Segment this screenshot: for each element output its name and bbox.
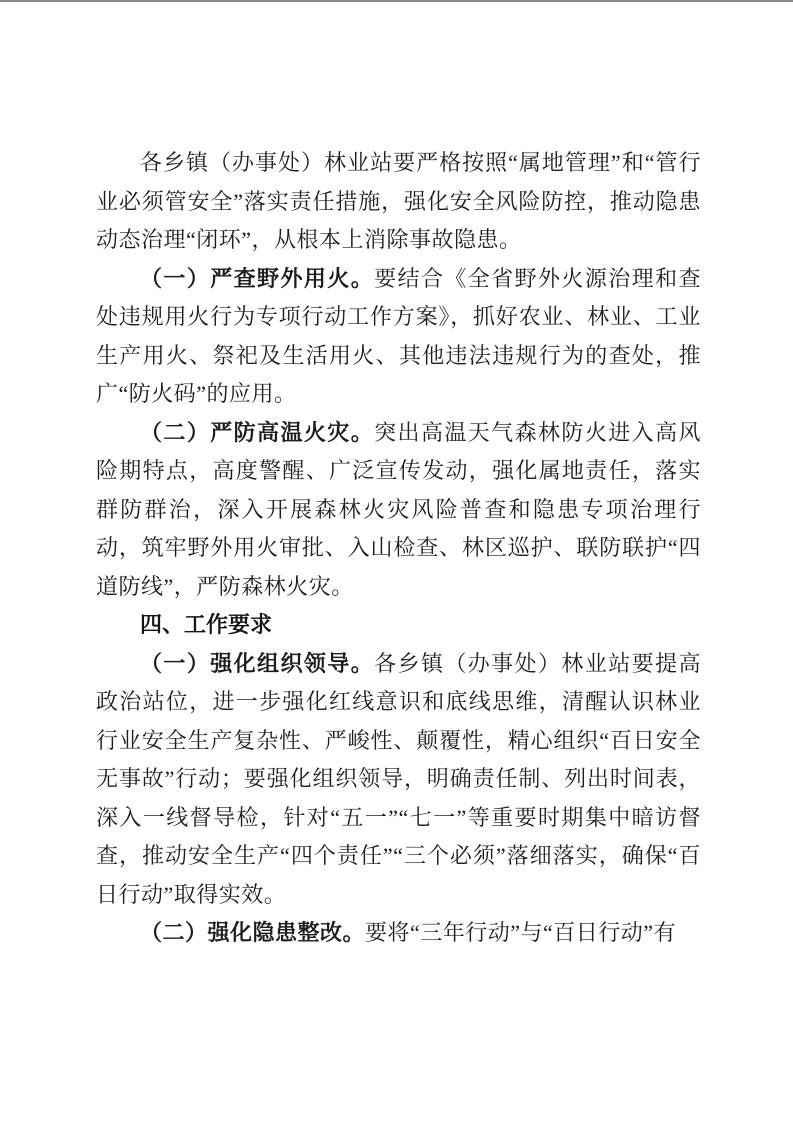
section-heading: 四、工作要求 <box>96 606 701 645</box>
paragraph-text: 各乡镇（办事处）林业站要严格按照“属地管理”和“管行业必须管安全”落实责任措施，… <box>96 150 701 252</box>
paragraph-intro: 各乡镇（办事处）林业站要严格按照“属地管理”和“管行业必须管安全”落实责任措施，… <box>96 144 701 260</box>
paragraph-lead: （一）严查野外用火。 <box>140 266 374 291</box>
paragraph-item-1-leadership: （一）强化组织领导。各乡镇（办事处）林业站要提高政治站位，进一步强化红线意识和底… <box>96 645 701 915</box>
paragraph-text: 要将“三年行动”与“百日行动”有 <box>365 920 676 945</box>
paragraph-lead: （二）严防高温火灾。 <box>140 420 374 445</box>
paragraph-item-2-high-temp-fire: （二）严防高温火灾。突出高温天气森林防火进入高风险期特点，高度警醒、广泛宣传发动… <box>96 414 701 607</box>
paragraph-lead: （二）强化隐患整改。 <box>140 920 365 945</box>
paragraph-item-1-wildfire-use: （一）严查野外用火。要结合《全省野外火源治理和查处违规用火行为专项行动工作方案》… <box>96 260 701 414</box>
paragraph-lead: （一）强化组织领导。 <box>140 651 374 676</box>
paragraph-item-2-hazard-rectification: （二）强化隐患整改。要将“三年行动”与“百日行动”有 <box>96 914 701 953</box>
paragraph-text: 突出高温天气森林防火进入高风险期特点，高度警醒、广泛宣传发动，强化属地责任，落实… <box>96 420 701 599</box>
paragraph-text: 各乡镇（办事处）林业站要提高政治站位，进一步强化红线意识和底线思维，清醒认识林业… <box>96 651 701 907</box>
document-page: 各乡镇（办事处）林业站要严格按照“属地管理”和“管行业必须管安全”落实责任措施，… <box>0 0 793 1122</box>
